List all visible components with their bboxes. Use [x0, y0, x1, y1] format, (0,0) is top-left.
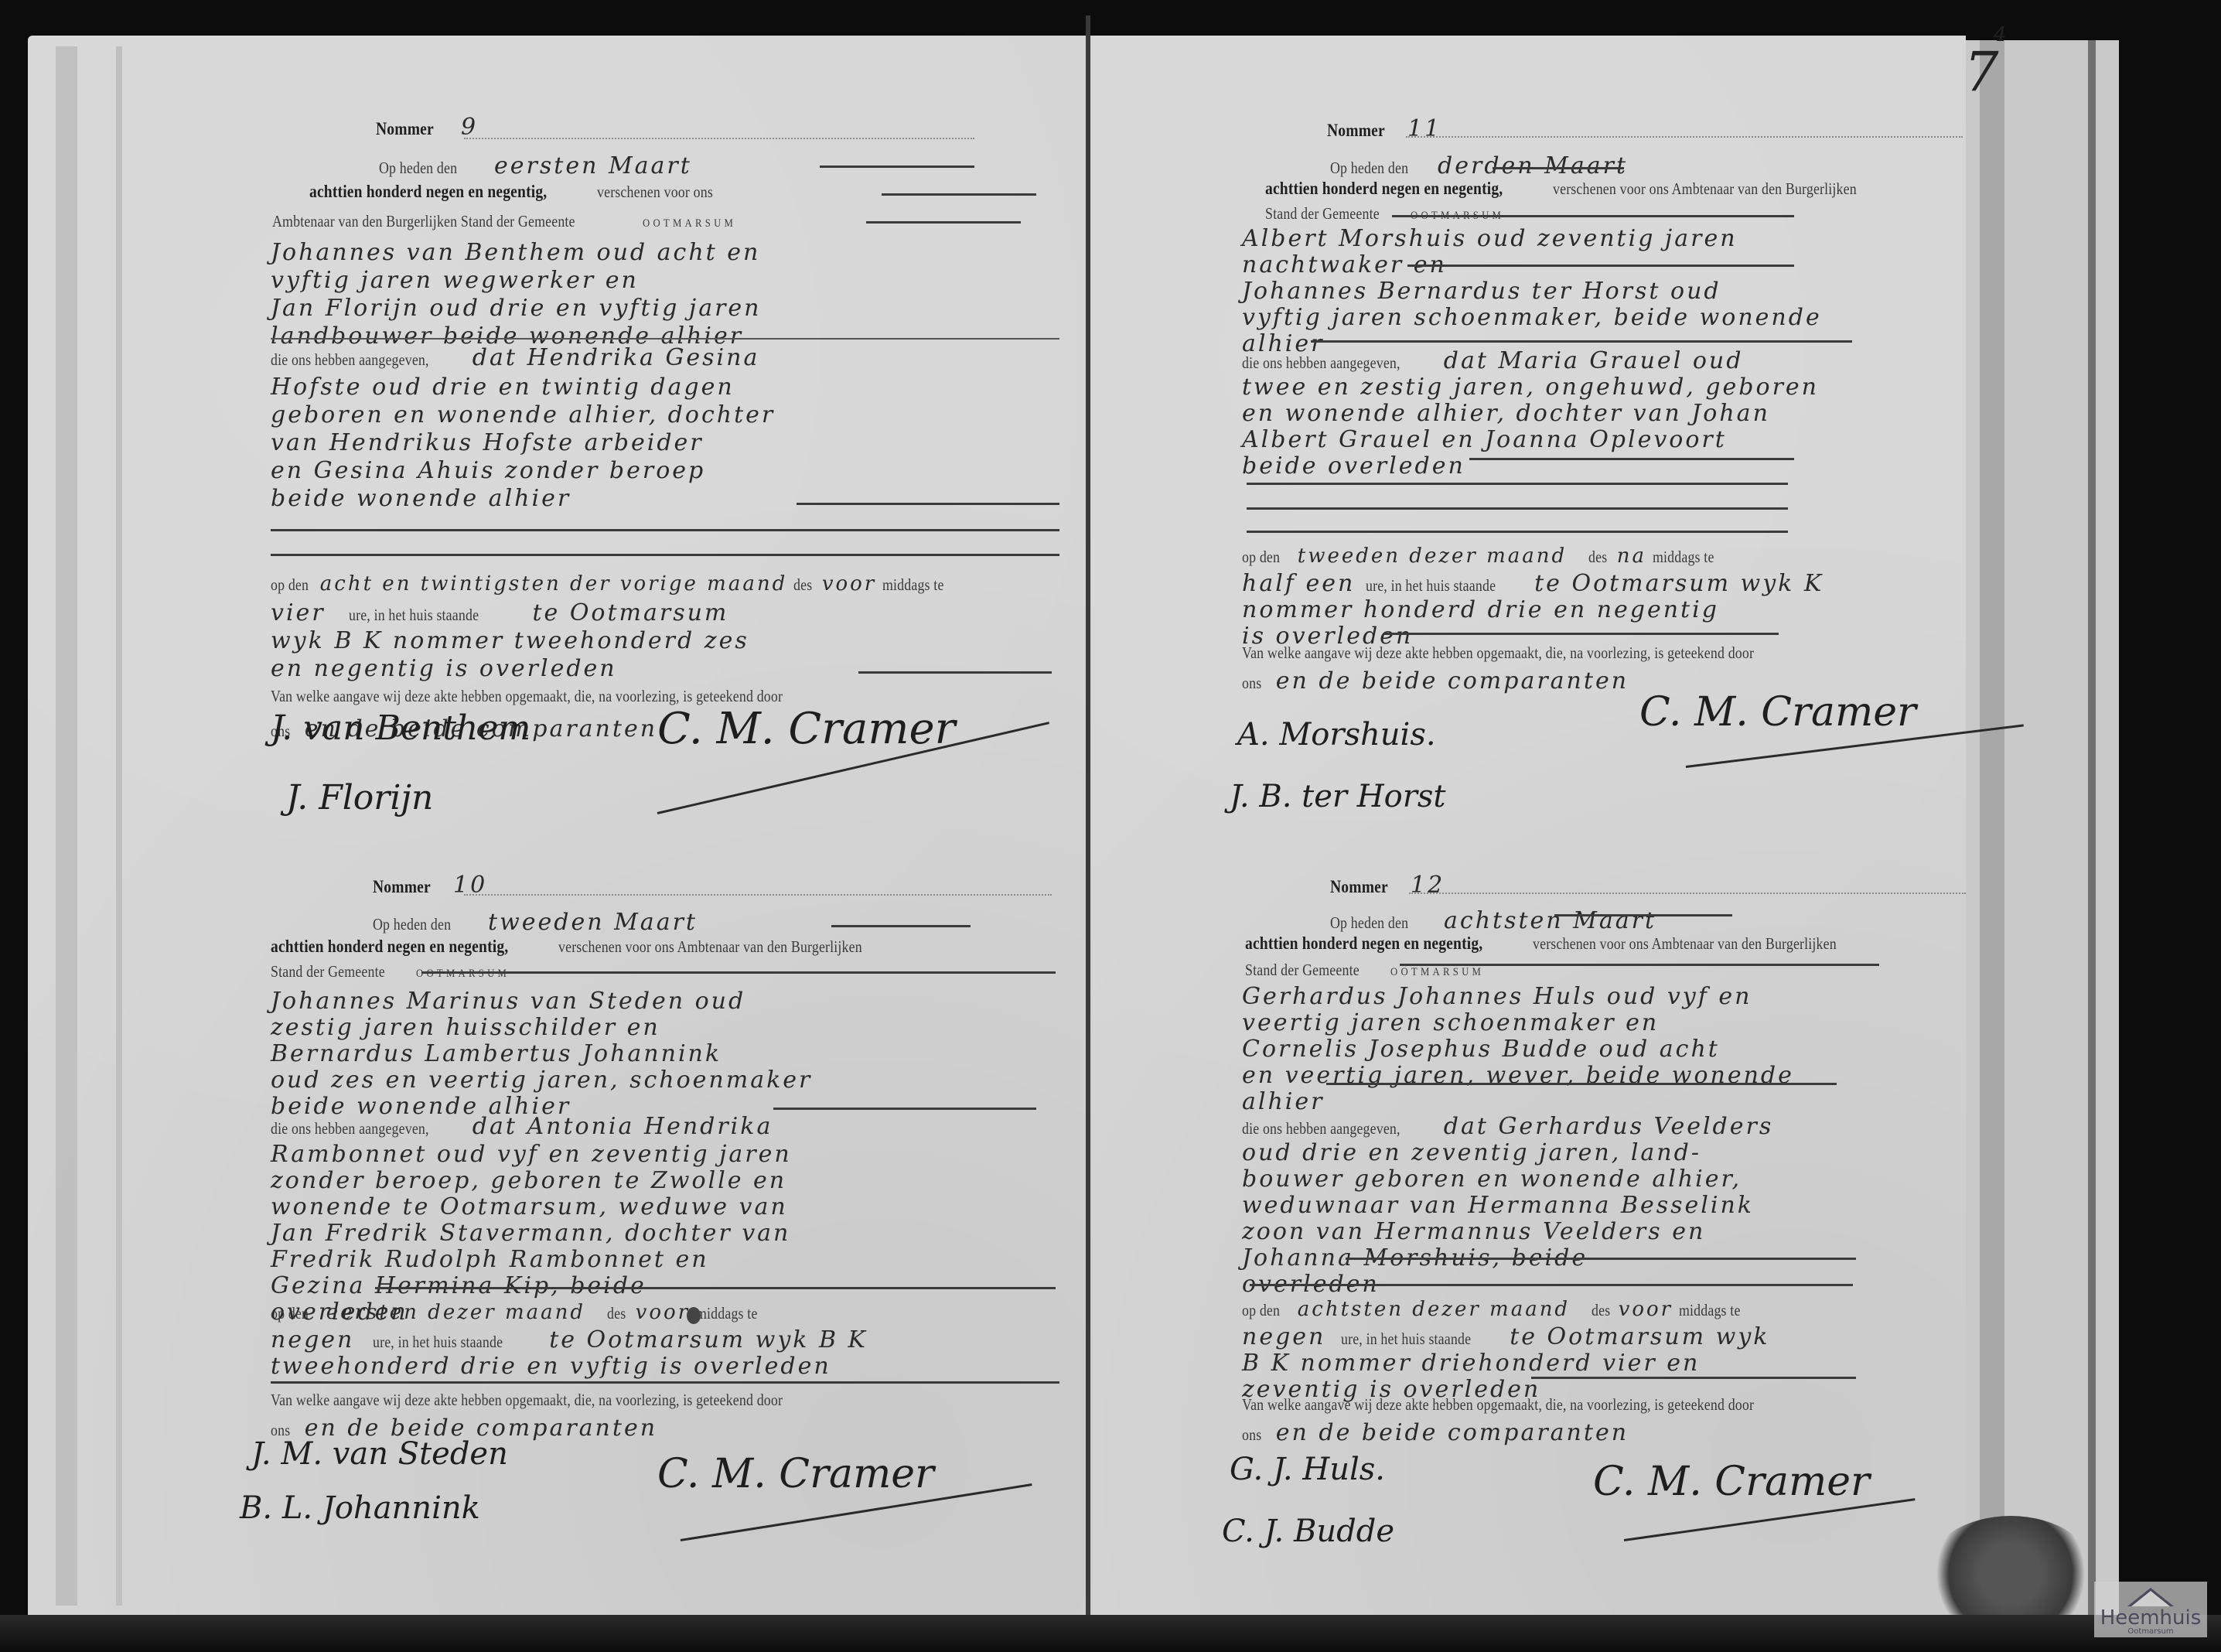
nommer-label: Nommer: [1330, 878, 1388, 896]
death-hour: negen: [1242, 1323, 1325, 1350]
folio-mark: 7: [1964, 40, 1999, 104]
label-op-heden: Op heden den: [373, 916, 451, 933]
signature-official: C. M. Cramer: [657, 708, 955, 751]
label-des: des: [793, 577, 812, 593]
label-op-heden: Op heden den: [1330, 160, 1408, 176]
death-place: te Ootmarsum wyk K: [1534, 570, 1824, 597]
death-place: te Ootmarsum wyk: [1510, 1323, 1769, 1350]
deceased-line: Gezina Hermina Kip, beide: [271, 1275, 647, 1298]
label-aangegeven: die ons hebben aangegeven,: [1242, 355, 1400, 371]
death-date: tweeden dezer maand: [1298, 544, 1567, 568]
label-des: des: [1592, 1302, 1610, 1319]
deceased-line: Fredrik Rudolph Rambonnet en: [271, 1248, 709, 1271]
deceased-line: zoon van Hermannus Veelders en: [1242, 1220, 1705, 1244]
label-op-heden: Op heden den: [379, 160, 457, 176]
signature-comparant: J. Florijn: [286, 781, 433, 815]
voor-na: voor: [1619, 1298, 1673, 1321]
signature-comparant: C. J. Budde: [1222, 1516, 1394, 1547]
entry-number: 12: [1411, 872, 1445, 899]
record-year: achttien honderd negen en negentig,: [1245, 934, 1482, 952]
signature-comparant: J. van Benthem: [271, 712, 531, 746]
comparant-line: zestig jaren huisschilder en: [271, 1016, 660, 1039]
label-op-den: op den: [271, 577, 309, 593]
record-year: achttien honderd negen en negentig,: [309, 183, 547, 200]
signature-comparant: J. M. van Steden: [251, 1439, 508, 1469]
label-op-den: op den: [1242, 549, 1280, 565]
label-ambtenaar: Ambtenaar van den Burgerlijken Stand der…: [272, 213, 575, 230]
record-date: tweeden Maart: [488, 909, 698, 936]
signature-official: C. M. Cramer: [1639, 692, 1916, 732]
comparant-line: alhier: [1242, 1091, 1325, 1114]
death-hour: half een: [1242, 570, 1355, 597]
label-op-heden: Op heden den: [1330, 915, 1408, 931]
signature-comparant: A. Morshuis.: [1237, 719, 1436, 750]
deceased-line: twee en zestig jaren, ongehuwd, geboren: [1242, 376, 1819, 399]
comparant-line: Albert Morshuis oud zeventig jaren: [1242, 227, 1738, 251]
signature-comparant: G. J. Huls.: [1230, 1454, 1385, 1485]
deceased-line: Rambonnet oud vyf en zeventig jaren: [271, 1143, 792, 1166]
nommer-label: Nommer: [373, 878, 431, 896]
label-van-welke: Van welke aangave wij deze akte hebben o…: [1242, 645, 1754, 661]
book-edge: [1966, 40, 2119, 1624]
signed-by: en de beide comparanten: [1276, 667, 1629, 695]
label-middags: middags te: [696, 1306, 758, 1322]
label-verschenen: verschenen voor ons Ambtenaar van den Bu…: [1533, 936, 1837, 952]
signature-official: C. M. Cramer: [1593, 1462, 1870, 1502]
deceased-line: Albert Grauel en Joanna Oplevoort: [1242, 428, 1727, 452]
voor-na: voor: [822, 572, 876, 596]
deceased-line: zonder beroep, geboren te Zwolle en: [271, 1169, 786, 1193]
death-place: te Ootmarsum: [532, 599, 728, 626]
watermark-brand: Heemhuis: [2100, 1608, 2202, 1628]
voor-na: voor: [636, 1301, 690, 1324]
comparant-line: Cornelis Josephus Budde oud acht: [1242, 1038, 1720, 1061]
deceased-line: beide overleden: [1242, 455, 1465, 478]
deceased-line: Jan Fredrik Stavermann, dochter van: [271, 1222, 790, 1245]
label-verschenen: verschenen voor ons Ambtenaar van den Bu…: [558, 939, 862, 955]
deceased-line: en Gesina Ahuis zonder beroep: [271, 459, 705, 483]
death-date: achtsten dezer maand: [1298, 1298, 1570, 1321]
deceased-line: van Hendrikus Hofste arbeider: [271, 432, 704, 455]
deceased-line: bouwer geboren en wonende alhier,: [1242, 1168, 1742, 1191]
label-van-welke: Van welke aangave wij deze akte hebben o…: [1242, 1397, 1754, 1413]
comparant-line: veertig jaren schoenmaker en: [1242, 1012, 1659, 1035]
entry-number: 9: [461, 114, 478, 141]
label-stand: Stand der Gemeente: [1245, 962, 1360, 978]
comparant-line: vyftig jaren wegwerker en: [271, 269, 639, 292]
house-roof-icon: [2127, 1588, 2174, 1606]
deceased-line: dat Hendrika Gesina: [473, 344, 760, 371]
record-date: derden Maart: [1438, 152, 1628, 179]
label-ure: ure, in het huis staande: [373, 1334, 503, 1350]
label-aangegeven: die ons hebben aangegeven,: [271, 352, 429, 368]
nommer-label: Nommer: [1327, 121, 1385, 139]
death-place: tweehonderd drie en vyftig is overleden: [271, 1355, 831, 1378]
signature-comparant: J. B. ter Horst: [1230, 781, 1445, 812]
deceased-line: beide wonende alhier: [271, 487, 571, 510]
deceased-line: dat Maria Grauel oud: [1444, 347, 1744, 374]
label-middags: middags te: [1679, 1302, 1741, 1319]
label-verschenen: verschenen voor ons Ambtenaar van den Bu…: [1553, 181, 1857, 197]
death-place: nommer honderd drie en negentig: [1242, 599, 1719, 622]
binding-shadow: [56, 46, 77, 1606]
label-middags: middags te: [882, 577, 944, 593]
death-date: acht en twintigsten der vorige maand: [320, 572, 787, 596]
heemhuis-watermark: Heemhuis Ootmarsum: [2094, 1582, 2207, 1637]
death-hour: vier: [271, 599, 326, 626]
signed-by: en de beide comparanten: [1276, 1419, 1629, 1446]
comparant-line: vyftig jaren schoenmaker, beide wonende: [1242, 306, 1822, 329]
label-ons: ons: [1242, 675, 1261, 691]
gemeente-name: OOTMARSUM: [643, 218, 736, 230]
death-date: eersten dezer maand: [326, 1301, 585, 1324]
deceased-line: dat Gerhardus Veelders: [1444, 1113, 1773, 1140]
label-aangegeven: die ons hebben aangegeven,: [1242, 1121, 1400, 1137]
scan-border: [0, 1615, 2221, 1652]
deceased-line: Hofste oud drie en twintig dagen: [271, 376, 735, 399]
deceased-line: wonende te Ootmarsum, weduwe van: [271, 1196, 788, 1219]
death-place: en negentig is overleden: [271, 657, 617, 681]
label-ure: ure, in het huis staande: [1366, 578, 1496, 594]
label-op-den: op den: [1242, 1302, 1280, 1319]
death-place: wyk B K nommer tweehonderd zes: [271, 630, 749, 653]
signature-comparant: B. L. Johannink: [240, 1493, 480, 1524]
death-hour: negen: [271, 1326, 354, 1353]
watermark-place: Ootmarsum: [2127, 1628, 2173, 1636]
page-gutter: [1086, 15, 1090, 1629]
comparant-line: oud zes en veertig jaren, schoenmaker: [271, 1069, 812, 1092]
record-date: eersten Maart: [494, 152, 692, 179]
deceased-line: geboren en wonende alhier, dochter: [271, 404, 775, 427]
label-des: des: [607, 1306, 626, 1322]
deceased-line: dat Antonia Hendrika: [473, 1113, 773, 1140]
label-des: des: [1588, 549, 1607, 565]
comparant-line: Johannes Bernardus ter Horst oud: [1242, 280, 1721, 303]
death-place: te Ootmarsum wyk B K: [549, 1326, 868, 1353]
comparant-line: Johannes van Benthem oud acht en: [271, 241, 760, 265]
deceased-line: weduwnaar van Hermanna Besselink: [1242, 1194, 1754, 1217]
label-stand: Stand der Gemeente: [1265, 206, 1380, 222]
death-place: B K nommer driehonderd vier en: [1242, 1352, 1700, 1375]
comparant-line: Johannes Marinus van Steden oud: [271, 990, 745, 1013]
record-year: achttien honderd negen en negentig,: [271, 937, 508, 955]
label-ure: ure, in het huis staande: [349, 607, 479, 623]
label-op-den: op den: [271, 1306, 309, 1322]
label-verschenen: verschenen voor ons: [597, 184, 713, 200]
label-aangegeven: die ons hebben aangegeven,: [271, 1121, 429, 1137]
comparant-line: Gerhardus Johannes Huls oud vyf en: [1242, 985, 1752, 1009]
comparant-line: Jan Florijn oud drie en vyftig jaren: [271, 297, 762, 320]
entry-number: 11: [1407, 115, 1441, 142]
signature-official: C. M. Cramer: [657, 1454, 934, 1494]
nommer-label: Nommer: [376, 120, 434, 138]
label-ons: ons: [1242, 1427, 1261, 1443]
label-van-welke: Van welke aangave wij deze akte hebben o…: [271, 1392, 783, 1408]
deceased-line: oud drie en zeventig jaren, land-: [1242, 1142, 1701, 1165]
deceased-line: en wonende alhier, dochter van Johan: [1242, 402, 1770, 425]
voor-na: na: [1617, 544, 1646, 568]
label-stand: Stand der Gemeente: [271, 964, 385, 980]
binding-shadow: [116, 46, 122, 1606]
label-van-welke: Van welke aangave wij deze akte hebben o…: [271, 688, 783, 705]
gemeente-name: OOTMARSUM: [1390, 967, 1484, 978]
label-ure: ure, in het huis staande: [1341, 1331, 1471, 1347]
record-date: achtsten Maart: [1444, 907, 1656, 934]
gemeente-name: OOTMARSUM: [416, 968, 510, 980]
label-middags: middags te: [1653, 549, 1714, 565]
record-year: achttien honderd negen en negentig,: [1265, 179, 1503, 197]
comparant-line: Bernardus Lambertus Johannink: [271, 1043, 722, 1066]
